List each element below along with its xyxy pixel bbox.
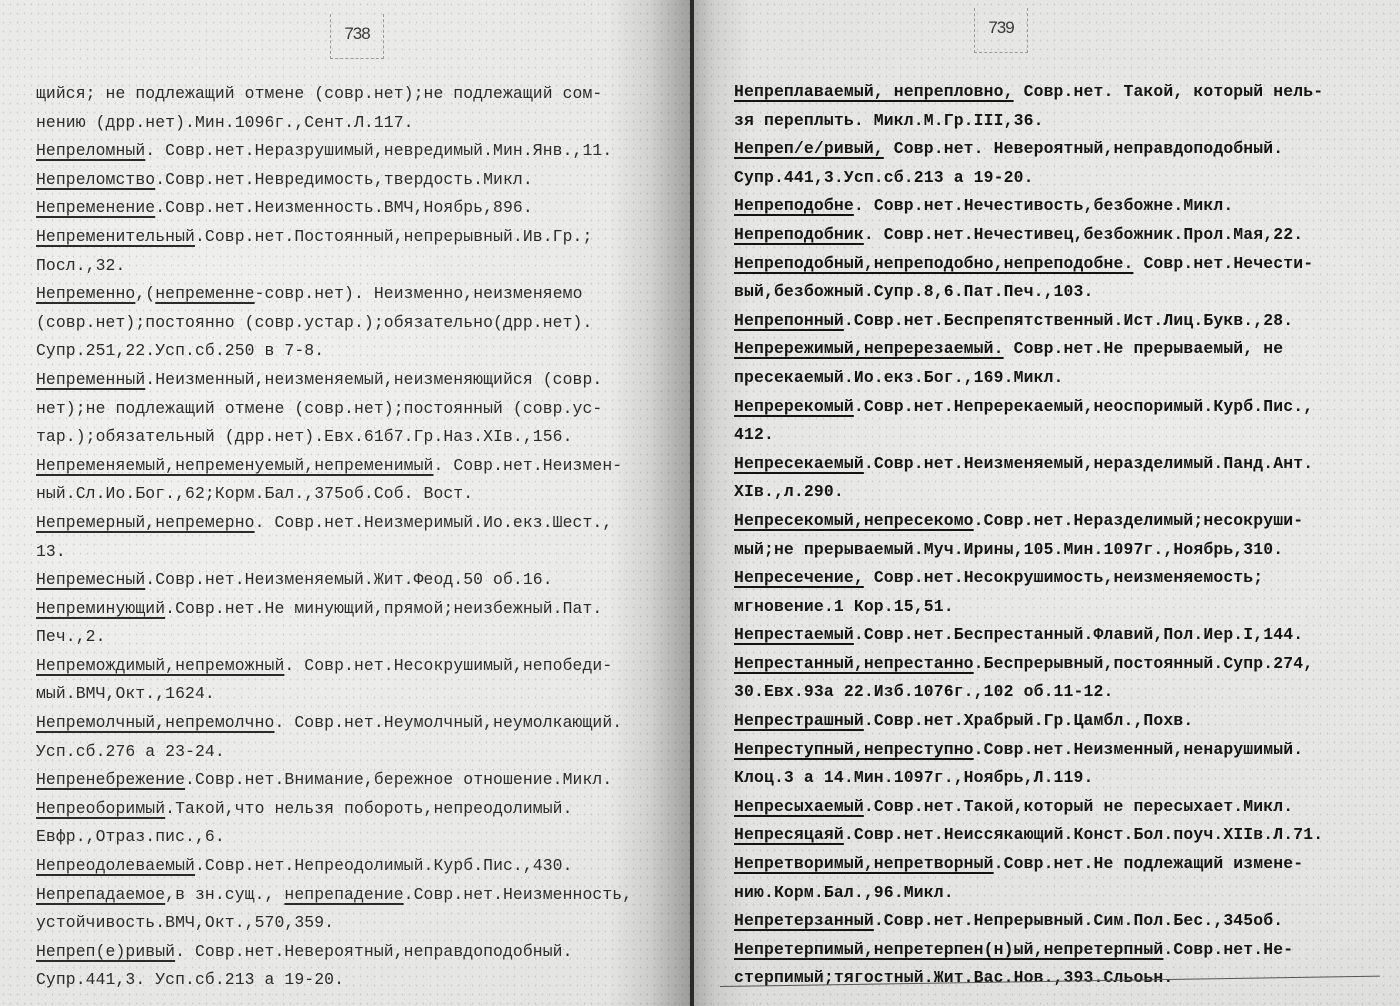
text-line: Непременяемый,непременуемый,непременимый…	[36, 452, 692, 481]
headword: Непресяцаяй	[734, 825, 844, 844]
text-line: Непререкомый.Совр.нет.Непререкаемый,неос…	[734, 393, 1400, 422]
headword: Непремесный	[36, 570, 145, 589]
definition-text: .Беспрерывный,постоянный.Супр.274,	[974, 654, 1314, 673]
definition-text: . Совр.нет.Неумолчный,неумолкающий.	[274, 713, 622, 732]
definition-text: мый;не прерываемый.Муч.Ирины,105.Мин.109…	[734, 540, 1283, 559]
headword: Непремождимый,непреможный	[36, 656, 284, 675]
definition-text: . Совр.нет.Нечестивость,безбожне.Микл.	[854, 196, 1233, 215]
headword: Непреломный	[36, 141, 145, 160]
definition-text: .Совр.нет.Неизменяемый.Жит.Феод.50 об.16…	[145, 570, 552, 589]
definition-text: .Совр.нет.Такой,который не пересыхает.Ми…	[864, 797, 1293, 816]
definition-text: нию.Корм.Бал.,96.Микл.	[734, 883, 954, 902]
definition-text: .Совр.нет.Не-	[1163, 940, 1293, 959]
headword: Непременение	[36, 198, 155, 217]
text-line: Непресечение, Совр.нет.Несокрушимость,не…	[734, 564, 1400, 593]
text-line: Непретворимый,непретворный.Совр.нет.Не п…	[734, 850, 1400, 879]
text-line: Непремерный,непремерно. Совр.нет.Неизмер…	[36, 509, 692, 538]
headword: Непреломство	[36, 170, 155, 189]
page-number-left: 738	[330, 14, 384, 59]
definition-text: .Совр.нет.Храбрый.Гр.Цамбл.,Похв.	[864, 711, 1194, 730]
text-line: Непремолчный,непремолчно. Совр.нет.Неумо…	[36, 709, 692, 738]
definition-text: .Совр.нет.Неизменный,ненарушимый.	[974, 740, 1304, 759]
headword: Непресыхаемый	[734, 797, 864, 816]
definition-text: ,(	[135, 284, 155, 303]
headword: Непремерный,непремерно	[36, 513, 255, 532]
headword: Непременный	[36, 370, 145, 389]
definition-text: .Неизменный,неизменяемый,неизменяющийся …	[145, 370, 602, 389]
text-line: Непреоборимый.Такой,что нельзя побороть,…	[36, 795, 692, 824]
text-line: Супр.441,3. Усп.сб.213 а 19-20.	[36, 966, 692, 995]
text-line: Непретерпимый,непретерпен(н)ый,непретерп…	[734, 936, 1400, 965]
definition-text: .Совр.нет.Неизменяемый,неразделимый.Панд…	[864, 454, 1313, 473]
headword: Непреступный,непреступно	[734, 740, 974, 759]
definition-text: Совр.нет.Несокрушимость,неизменяемость;	[864, 568, 1263, 587]
text-line: мый;не прерываемый.Муч.Ирины,105.Мин.109…	[734, 536, 1400, 565]
text-line: Усп.сб.276 а 23-24.	[36, 738, 692, 767]
headword: Непреп/е/ривый,	[734, 139, 884, 158]
text-line: Непремесный.Совр.нет.Неизменяемый.Жит.Фе…	[36, 566, 692, 595]
headword: Непрестанный,непрестанно	[734, 654, 974, 673]
definition-text: . Совр.нет.Несокрушимый,непобеди-	[284, 656, 612, 675]
definition-text: вый,безбожный.Супр.8,6.Пат.Печ.,103.	[734, 282, 1094, 301]
headword: Непреподобник	[734, 225, 864, 244]
text-line: Непрестаемый.Совр.нет.Беспрестанный.Флав…	[734, 621, 1400, 650]
text-line: нет);не подлежащий отмене (совр.нет);пос…	[36, 395, 692, 424]
headword: Непрепадаемое	[36, 885, 165, 904]
headword: Непреподобный,непреподобно,непреподобне.	[734, 254, 1133, 273]
definition-text: .Совр.нет.Неизменность,	[404, 885, 633, 904]
definition-text: щийся; не подлежащий отмене (совр.нет);н…	[36, 84, 602, 103]
text-line: 13.	[36, 538, 692, 567]
definition-text: . Совр.нет.Неразрушимый,невредимый.Мин.Я…	[145, 141, 612, 160]
headword: Непресекомый,непресекомо	[734, 511, 974, 530]
text-line: Посл.,32.	[36, 252, 692, 281]
text-line: мый.ВМЧ,Окт.,1624.	[36, 680, 692, 709]
definition-text: .Совр.нет.Неразделимый;несокруши-	[974, 511, 1304, 530]
text-line: Непремождимый,непреможный. Совр.нет.Несо…	[36, 652, 692, 681]
definition-text: Печ.,2.	[36, 627, 106, 646]
headword: Непреп(е)ривый	[36, 942, 175, 961]
definition-text: .Совр.нет.Невредимость,твердость.Микл.	[155, 170, 533, 189]
text-line: ный.Сл.Ио.Бог.,62;Корм.Бал.,375об.Соб. В…	[36, 480, 692, 509]
text-line: зя переплыть. Микл.М.Гр.III,36.	[734, 107, 1400, 136]
text-line: Непрестрашный.Совр.нет.Храбрый.Гр.Цамбл.…	[734, 707, 1400, 736]
definition-text: .Такой,что нельзя побороть,непреодолимый…	[165, 799, 572, 818]
text-line: Непресыхаемый.Совр.нет.Такой,который не …	[734, 793, 1400, 822]
headword: Непренебрежение	[36, 770, 185, 789]
headword: Непреплаваемый, непрепловно,	[734, 82, 1014, 101]
definition-text: Супр.251,22.Усп.сб.250 в 7-8.	[36, 341, 324, 360]
definition-text: Посл.,32.	[36, 256, 125, 275]
headword: непременне	[155, 284, 254, 303]
text-line: Непренебрежение.Совр.нет.Внимание,бережн…	[36, 766, 692, 795]
definition-text: пресекаемый.Ио.екз.Бог.,169.Микл.	[734, 368, 1064, 387]
definition-text: .Совр.нет.Неиссякающий.Конст.Бол.поуч.XI…	[844, 825, 1323, 844]
text-line: Непреодолеваемый.Совр.нет.Непреодолимый.…	[36, 852, 692, 881]
text-line: Непреминующий.Совр.нет.Не минующий,прямо…	[36, 595, 692, 624]
text-line: тар.);обязательный (дрр.нет).Евх.61б7.Гр…	[36, 423, 692, 452]
text-line: щийся; не подлежащий отмене (совр.нет);н…	[36, 80, 692, 109]
definition-text: .Совр.нет.Внимание,бережное отношение.Ми…	[185, 770, 612, 789]
definition-text: ,в зн.сущ.,	[165, 885, 284, 904]
text-line: Непреп(е)ривый. Совр.нет.Невероятный,неп…	[36, 938, 692, 967]
headword: непрепадение	[284, 885, 403, 904]
definition-text: . Совр.нет.Невероятный,неправдоподобный.	[175, 942, 572, 961]
definition-text: .Совр.нет.Непреодолимый.Курб.Пис.,430.	[195, 856, 573, 875]
headword: Непреодолеваемый	[36, 856, 195, 875]
headword: Непременяемый,непременуемый,непременимый	[36, 456, 433, 475]
text-line: Непреп/е/ривый, Совр.нет. Невероятный,не…	[734, 135, 1400, 164]
headword: Непреминующий	[36, 599, 165, 618]
definition-text: 412.	[734, 425, 774, 444]
text-line: Непреплаваемый, непрепловно, Совр.нет. Т…	[734, 78, 1400, 107]
definition-text: .Совр.нет.Непререкаемый,неоспоримый.Курб…	[854, 397, 1313, 416]
headword: Непресекаемый	[734, 454, 864, 473]
left-page: 738 щийся; не подлежащий отмене (совр.не…	[0, 0, 692, 1006]
text-line: Непременение.Совр.нет.Неизменность.ВМЧ,Н…	[36, 194, 692, 223]
definition-text: Совр.нет. Такой, который нель-	[1014, 82, 1324, 101]
definition-text: Совр.нет.Нечести-	[1133, 254, 1313, 273]
definition-text: .Совр.нет.Беспрестанный.Флавий,Пол.Иер.I…	[854, 625, 1303, 644]
definition-text: .Совр.нет.Не подлежащий измене-	[994, 854, 1304, 873]
text-line: Непрепадаемое,в зн.сущ., непрепадение.Со…	[36, 881, 692, 910]
left-page-text: щийся; не подлежащий отмене (совр.нет);н…	[0, 80, 692, 995]
definition-text: нению (дрр.нет).Мин.1096г.,Сент.Л.117.	[36, 113, 414, 132]
text-line: Непрережимый,непререзаемый. Совр.нет.Не …	[734, 335, 1400, 364]
text-line: 412.	[734, 421, 1400, 450]
headword: Непрережимый,непререзаемый.	[734, 339, 1004, 358]
text-line: Супр.251,22.Усп.сб.250 в 7-8.	[36, 337, 692, 366]
text-line: мгновение.1 Кор.15,51.	[734, 593, 1400, 622]
definition-text: .Совр.нет.Беспрепятственный.Ист.Лиц.Букв…	[844, 311, 1293, 330]
text-line: нию.Корм.Бал.,96.Микл.	[734, 879, 1400, 908]
text-line: Евфр.,Отраз.пис.,6.	[36, 823, 692, 852]
headword: Непремолчный,непремолчно	[36, 713, 274, 732]
definition-text: XIв.,л.290.	[734, 482, 844, 501]
headword: Непременно	[36, 284, 135, 303]
text-line: Непретерзанный.Совр.нет.Непрерывный.Сим.…	[734, 907, 1400, 936]
headword: Непресечение,	[734, 568, 864, 587]
headword: Непретворимый,непретворный	[734, 854, 994, 873]
page-number-right: 739	[974, 8, 1028, 53]
definition-text: (совр.нет);постоянно (совр.устар.);обяза…	[36, 313, 592, 332]
definition-text: Совр.нет.Не прерываемый, не	[1004, 339, 1284, 358]
definition-text: Евфр.,Отраз.пис.,6.	[36, 827, 225, 846]
definition-text: .Совр.нет.Непрерывный.Сим.Пол.Бес.,345об…	[874, 911, 1283, 930]
text-line: Супр.441,3.Усп.сб.213 а 19-20.	[734, 164, 1400, 193]
text-line: Непресяцаяй.Совр.нет.Неиссякающий.Конст.…	[734, 821, 1400, 850]
definition-text: Усп.сб.276 а 23-24.	[36, 742, 225, 761]
text-line: Непреподобник. Совр.нет.Нечестивец,безбо…	[734, 221, 1400, 250]
text-line: вый,безбожный.Супр.8,6.Пат.Печ.,103.	[734, 278, 1400, 307]
definition-text: Клоц.3 а 14.Мин.1097г.,Ноябрь,Л.119.	[734, 768, 1094, 787]
definition-text: тар.);обязательный (дрр.нет).Евх.61б7.Гр…	[36, 427, 573, 446]
definition-text: ный.Сл.Ио.Бог.,62;Корм.Бал.,375об.Соб. В…	[36, 484, 473, 503]
headword: Непретерпимый,непретерпен(н)ый,непретерп…	[734, 940, 1163, 959]
text-line: Непременно,(непременне-совр.нет). Неизме…	[36, 280, 692, 309]
text-line: Непременный.Неизменный,неизменяемый,неиз…	[36, 366, 692, 395]
text-line: Непресекомый,непресекомо.Совр.нет.Неразд…	[734, 507, 1400, 536]
headword: Непререкомый	[734, 397, 854, 416]
text-line: устойчивость.ВМЧ,Окт.,570,359.	[36, 909, 692, 938]
text-line: Непреподобный,непреподобно,непреподобне.…	[734, 250, 1400, 279]
definition-text: .Совр.нет.Не минующий,прямой;неизбежный.…	[165, 599, 602, 618]
headword: Непрестрашный	[734, 711, 864, 730]
text-line: Непресекаемый.Совр.нет.Неизменяемый,нера…	[734, 450, 1400, 479]
definition-text: .Совр.нет.Неизменность.ВМЧ,Ноябрь,896.	[155, 198, 533, 217]
text-line: 30.Евх.93а 22.Изб.1076г.,102 об.11-12.	[734, 678, 1400, 707]
definition-text: 30.Евх.93а 22.Изб.1076г.,102 об.11-12.	[734, 682, 1113, 701]
text-line: Непременительный.Совр.нет.Постоянный,неп…	[36, 223, 692, 252]
definition-text: -совр.нет). Неизменно,неизменяемо	[255, 284, 583, 303]
text-line: Печ.,2.	[36, 623, 692, 652]
headword: Непретерзанный	[734, 911, 874, 930]
definition-text: . Совр.нет.Неизмеримый.Ио.екз.Шест.,	[255, 513, 613, 532]
headword: Непреоборимый	[36, 799, 165, 818]
headword: Непрепонный	[734, 311, 844, 330]
definition-text: Совр.нет. Невероятный,неправдоподобный.	[884, 139, 1283, 158]
definition-text: 13.	[36, 542, 66, 561]
text-line: нению (дрр.нет).Мин.1096г.,Сент.Л.117.	[36, 109, 692, 138]
text-line: Непреломный. Совр.нет.Неразрушимый,невре…	[36, 137, 692, 166]
definition-text: Супр.441,3. Усп.сб.213 а 19-20.	[36, 970, 344, 989]
definition-text: Супр.441,3.Усп.сб.213 а 19-20.	[734, 168, 1034, 187]
text-line: Непреступный,непреступно.Совр.нет.Неизме…	[734, 736, 1400, 765]
text-line: Клоц.3 а 14.Мин.1097г.,Ноябрь,Л.119.	[734, 764, 1400, 793]
headword: Непременительный	[36, 227, 195, 246]
definition-text: мый.ВМЧ,Окт.,1624.	[36, 684, 215, 703]
text-line: Непреподобне. Совр.нет.Нечестивость,безб…	[734, 192, 1400, 221]
headword: Непреподобне	[734, 196, 854, 215]
headword: Непрестаемый	[734, 625, 854, 644]
text-line: пресекаемый.Ио.екз.Бог.,169.Микл.	[734, 364, 1400, 393]
definition-text: . Совр.нет.Нечестивец,безбожник.Прол.Мая…	[864, 225, 1303, 244]
text-line: Непреломство.Совр.нет.Невредимость,тверд…	[36, 166, 692, 195]
text-line: Непрестанный,непрестанно.Беспрерывный,по…	[734, 650, 1400, 679]
text-line: (совр.нет);постоянно (совр.устар.);обяза…	[36, 309, 692, 338]
definition-text: .Совр.нет.Постоянный,непрерывный.Ив.Гр.;	[195, 227, 592, 246]
text-line: Непрепонный.Совр.нет.Беспрепятственный.И…	[734, 307, 1400, 336]
right-page-text: Непреплаваемый, непрепловно, Совр.нет. Т…	[694, 78, 1400, 993]
definition-text: нет);не подлежащий отмене (совр.нет);пос…	[36, 399, 602, 418]
right-page: 739 Непреплаваемый, непрепловно, Совр.не…	[694, 0, 1400, 1006]
definition-text: . Совр.нет.Неизмен-	[433, 456, 622, 475]
text-line: стерпимый;тягостный.Жит.Вас.Нов.,393.Сль…	[734, 964, 1400, 993]
definition-text: мгновение.1 Кор.15,51.	[734, 597, 954, 616]
text-line: XIв.,л.290.	[734, 478, 1400, 507]
definition-text: устойчивость.ВМЧ,Окт.,570,359.	[36, 913, 334, 932]
definition-text: зя переплыть. Микл.М.Гр.III,36.	[734, 111, 1044, 130]
